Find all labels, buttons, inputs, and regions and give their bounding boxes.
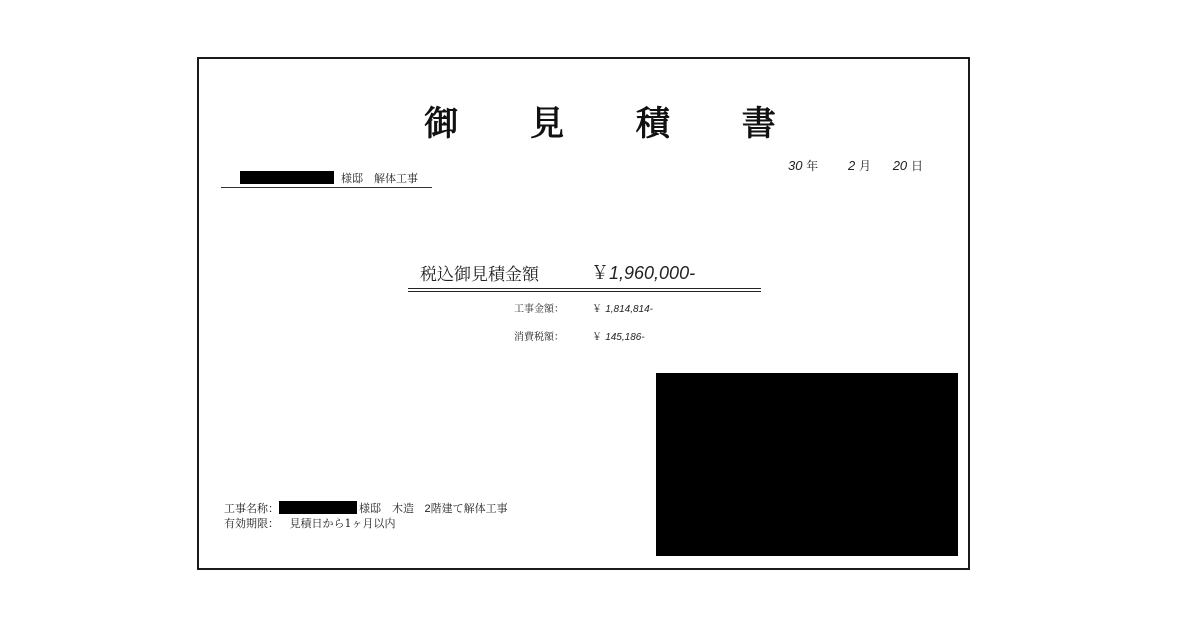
client-name-redaction [240,171,334,184]
tax-amount: ￥ 145,186- [592,328,645,343]
project-suffix: 様邸 木造 [359,502,414,515]
project-name-row: 工事名称：様邸 木造 2階建て解体工事 [224,500,508,516]
issue-date: 30 年 2 月 20 日 [788,157,923,174]
tax-row: 消費税額： ￥ 145,186- [514,328,564,343]
construction-cost-value: 1,814,814- [605,304,653,315]
total-label: 税込御見積金額 [420,260,539,285]
validity-value: 見積日から1ヶ月以内 [290,517,396,530]
date-month-unit: 月 [859,157,871,174]
date-year: 30 [788,158,802,173]
project-desc: 階建て解体工事 [431,502,508,515]
date-month: 2 [848,158,855,173]
client-suffix: 様邸 解体工事 [341,170,418,186]
construction-cost-currency: ￥ [592,304,602,315]
construction-cost-amount: ￥ 1,814,814- [592,300,653,315]
validity-label: 有効期限： [224,517,279,530]
total-value: 1,960,000- [609,263,695,283]
construction-cost-label: 工事金額： [514,304,564,315]
tax-currency: ￥ [592,332,602,343]
stamp-redaction [656,373,958,556]
total-amount-block: 税込御見積金額 ￥1,960,000- [408,258,761,292]
tax-value: 145,186- [605,332,644,343]
date-year-unit: 年 [806,157,818,174]
total-amount: ￥1,960,000- [591,259,695,285]
date-day: 20 [893,158,907,173]
client-line: 様邸 解体工事 [221,170,432,188]
total-currency: ￥ [591,263,609,284]
validity-row: 有効期限： 見積日から1ヶ月以内 [224,515,396,531]
project-label: 工事名称： [224,502,279,515]
date-day-unit: 日 [911,157,923,174]
document-title: 御 見 積 書 [0,96,1200,145]
tax-label: 消費税額： [514,332,564,343]
construction-cost-row: 工事金額： ￥ 1,814,814- [514,300,564,315]
project-name-redaction [279,501,357,514]
